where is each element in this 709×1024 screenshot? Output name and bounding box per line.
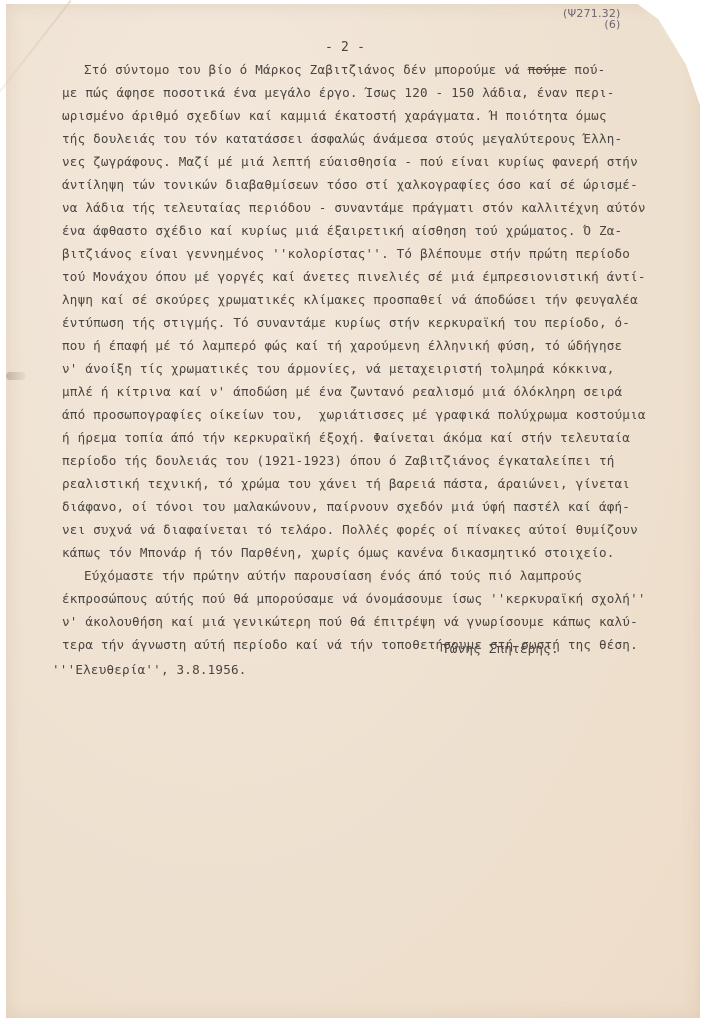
line-text: Στό σύντομο του βίο ό Μάρκος Ζαβιτζιάνος… [84,62,528,77]
line-text: ρεαλιστική τεχνική, τό χρώμα του χάνει τ… [62,476,630,491]
line-text: έντύπωση τής στιγμής. Τό συναντάμε κυρίω… [62,315,630,330]
line-text: άπό προσωπογραφίες οίκείων του, χωριάτισ… [62,407,646,422]
text-line: ληψη καί σέ σκούρες χρωματικές κλίμακες … [62,292,638,307]
author-signature: Τώνης Σπητέρης. [442,641,559,656]
struck-word: πούμε [528,62,567,77]
text-line: ωρισμένο άριθμό σχεδίων καί καμμιά έκατο… [62,108,607,123]
line-text: περίοδο τής δουλειάς του (1921-1923) όπο… [62,453,615,468]
text-line: τού Μονάχου όπου μέ γοργές καί άνετες πι… [62,269,646,284]
line-text: Εύχόμαστε τήν πρώτην αύτήν παρουσίαση έν… [84,568,582,583]
line-text: ν' άκολουθήση καί μιά γενικώτερη πού θά … [62,614,638,629]
line-text: διάφανο, οί τόνοι του μαλακώνουν, παίρνο… [62,499,630,514]
line-text: έκπροσώπους αύτής πού θά μπορούσαμε νά ό… [62,591,646,606]
text-line: ν' άνοίξη τίς χρωματικές του άρμονίες, ν… [62,361,615,376]
line-text: νες ζωγράφους. Μαζί μέ μιά λεπτή εύαισθη… [62,154,638,169]
text-line: περίοδο τής δουλειάς του (1921-1923) όπο… [62,453,615,468]
line-text: κάπως τόν Μπονάρ ή τόν Παρθένη, χωρίς όμ… [62,545,615,560]
text-line: τής δουλειάς του τόν κατατάσσει άσφαλώς … [62,131,622,146]
text-line: που ή έπαφή μέ τό λαμπερό φώς καί τή χαρ… [62,338,622,353]
text-line: ν' άκολουθήση καί μιά γενικώτερη πού θά … [62,614,638,629]
text-line: άντίληψη τών τονικών διαβαθμίσεων τόσο σ… [62,177,638,192]
line-text: άντίληψη τών τονικών διαβαθμίσεων τόσο σ… [62,177,638,192]
text-line: Στό σύντομο του βίο ό Μάρκος Ζαβιτζιάνος… [84,62,605,77]
text-line: ένα άφθαστο σχέδιο καί κυρίως μιά έξαιρε… [62,223,622,238]
text-line: άπό προσωπογραφίες οίκείων του, χωριάτισ… [62,407,646,422]
text-line: ή ήρεμα τοπία άπό τήν κερκυραϊκή έξοχή. … [62,430,630,445]
line-text: να λάδια τής τελευταίας περιόδου - συναν… [62,200,646,215]
text-line: κάπως τόν Μπονάρ ή τόν Παρθένη, χωρίς όμ… [62,545,615,560]
line-text: ληψη καί σέ σκούρες χρωματικές κλίμακες … [62,292,638,307]
text-line: να λάδια τής τελευταίας περιόδου - συναν… [62,200,646,215]
text-line: Εύχόμαστε τήν πρώτην αύτήν παρουσίαση έν… [84,568,582,583]
page-number: - 2 - [325,40,365,55]
line-text: βιτζιάνος είναι γεννημένος ''κολορίστας'… [62,246,630,261]
text-line: βιτζιάνος είναι γεννημένος ''κολορίστας'… [62,246,630,261]
line-text: νει συχνά νά διαφαίνεται τό τελάρο. Πολλ… [62,522,638,537]
text-line: έκπροσώπους αύτής πού θά μπορούσαμε νά ό… [62,591,646,606]
binder-mark [6,372,26,380]
line-text: ένα άφθαστο σχέδιο καί κυρίως μιά έξαιρε… [62,223,622,238]
line-text: τής δουλειάς του τόν κατατάσσει άσφαλώς … [62,131,622,146]
line-text: ν' άνοίξη τίς χρωματικές του άρμονίες, ν… [62,361,615,376]
archive-sheet-number: (6) [563,19,621,30]
text-line: μπλέ ή κίτρινα καί ν' άποδώση μέ ένα ζων… [62,384,622,399]
text-line: με πώς άφησε ποσοτικά ένα μεγάλο έργο. Ί… [62,85,615,100]
line-text: που ή έπαφή μέ τό λαμπερό φώς καί τή χαρ… [62,338,622,353]
line-text: με πώς άφησε ποσοτικά ένα μεγάλο έργο. Ί… [62,85,615,100]
line-text: ή ήρεμα τοπία άπό τήν κερκυραϊκή έξοχή. … [62,430,630,445]
line-text-tail: πού- [567,62,606,77]
text-line: ρεαλιστική τεχνική, τό χρώμα του χάνει τ… [62,476,630,491]
text-line: διάφανο, οί τόνοι του μαλακώνουν, παίρνο… [62,499,630,514]
archive-note: (Ψ271.32) (6) [563,8,621,30]
line-text: τού Μονάχου όπου μέ γοργές καί άνετες πι… [62,269,646,284]
source-citation: '''Ελευθερία'', 3.8.1956. [52,662,247,677]
text-line: νες ζωγράφους. Μαζί μέ μιά λεπτή εύαισθη… [62,154,638,169]
text-line: έντύπωση τής στιγμής. Τό συναντάμε κυρίω… [62,315,630,330]
text-line: νει συχνά νά διαφαίνεται τό τελάρο. Πολλ… [62,522,638,537]
line-text: μπλέ ή κίτρινα καί ν' άποδώση μέ ένα ζων… [62,384,622,399]
line-text: ωρισμένο άριθμό σχεδίων καί καμμιά έκατο… [62,108,607,123]
